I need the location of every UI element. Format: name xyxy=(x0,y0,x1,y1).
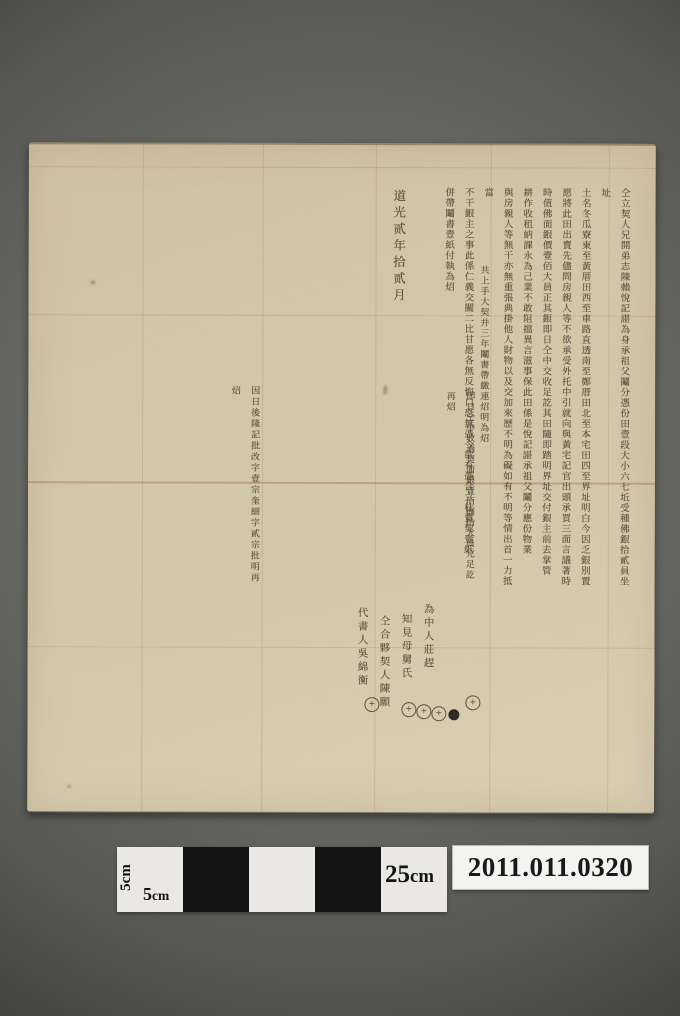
paper-stain xyxy=(91,280,96,284)
accession-label: 2011.011.0320 xyxy=(452,845,649,890)
signature-co-contractor: 仝合夥契人陳願 xyxy=(373,601,395,741)
fold-crease xyxy=(28,646,655,649)
deed-column: 仝立契人兄開弟志陳賴悅記諶為身承祖父鬮分憑份田壹段大小六七坵受種佛銀拾貳員坐址 xyxy=(594,188,634,592)
signature-witness: 知見母舅氏 xyxy=(395,601,417,741)
deed-paper: 仝立契人兄開弟志陳賴悅記諶為身承祖父鬮分憑份田壹段大小六七坵受種佛銀拾貳員坐址 … xyxy=(27,142,656,814)
scale-segment-black xyxy=(183,847,249,912)
paper-stain xyxy=(67,784,71,788)
signature-scribe: 代書人吳綿衡 xyxy=(351,601,373,741)
date-column: 道光贰年拾贰月 xyxy=(389,189,409,319)
paper-stain xyxy=(383,385,387,395)
photograph-stage: 仝立契人兄開弟志陳賴悅記諶為身承祖父鬮分憑份田壹段大小六七坵受種佛銀拾貳員坐址 … xyxy=(0,0,680,1016)
deed-column: 耕作收租納課永為己業不敢阻擋異言滋事保此田係是悅記諶承祖父鬮分應份物業 xyxy=(516,187,537,591)
scale-segment-black xyxy=(315,847,381,912)
scale-number: 25 xyxy=(385,861,410,888)
signature-block: 為中人莊趕 知見母舅氏 仝合夥契人陳願 代書人吳綿衡 xyxy=(351,601,439,741)
payment-note: 即日仝中收過契面銀壹佰捌拾大員完足訖再炤 xyxy=(439,391,479,586)
accession-number: 2011.011.0320 xyxy=(468,852,634,883)
scale-label-5cm: 5cm xyxy=(143,884,169,905)
finger-seal-mark: + xyxy=(401,702,416,717)
scale-number: 5 xyxy=(143,884,152,904)
scale-label-5cm-vertical: 5cm xyxy=(118,864,135,891)
fold-crease xyxy=(141,144,144,811)
endorsement-note: 因日後隆記批改字壹宗奎細字貳宗批明再炤 xyxy=(224,386,264,586)
finger-seal-mark: + xyxy=(416,704,431,719)
scale-unit: cm xyxy=(152,888,169,903)
scale-label-25cm: 25cm xyxy=(385,861,434,889)
finger-seal-mark: + xyxy=(431,706,446,721)
finger-seal-mark: + xyxy=(465,695,480,710)
deed-column: 時值佛面銀價壹佰大員正其銀即日仝中交收足訖其田隨即踏明界址交付銀主前去掌管 xyxy=(535,188,556,592)
scale-segment-white xyxy=(249,847,315,912)
scale-unit: cm xyxy=(410,866,434,887)
deed-column: 土名冬瓜寮東至黃厝田西至車路直透南至鄭厝田北至本宅田四至界址明白今因乏銀別置 xyxy=(574,188,595,592)
finger-seal-mark: + xyxy=(364,697,379,712)
ink-dot-mark xyxy=(448,709,459,720)
fold-crease xyxy=(29,166,656,169)
deed-column: 愿將此田出賣先儘問房親人等不欲承受外托中引就向與黃宅記官出頭承買三面言議著時 xyxy=(555,188,576,592)
